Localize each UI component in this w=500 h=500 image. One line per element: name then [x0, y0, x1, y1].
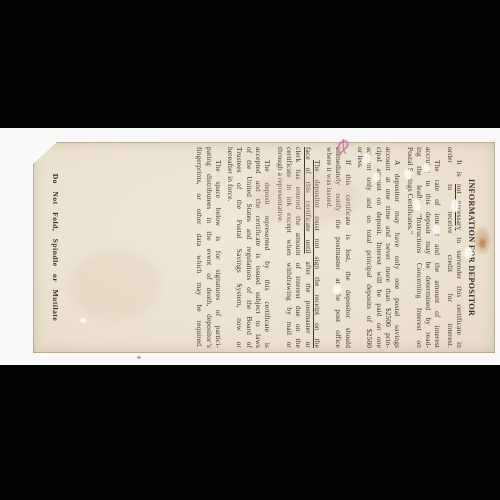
text-line: certificate in ink except when withdrawi… [285, 147, 294, 348]
text-line: pating distributees in the event of deat… [204, 147, 213, 348]
text-line: fingerprints, or other data which may be… [195, 147, 204, 348]
text-line: clerk has entered the amount of interest… [294, 147, 303, 348]
paragraph: A depositor may have only one postal sav… [356, 147, 402, 348]
letterbox-top [0, 0, 500, 128]
text-line: account only and on total principal depo… [365, 147, 374, 348]
paragraphs: It is not necessary to surrender this ce… [195, 147, 464, 348]
paragraph: The deposit represented by this certific… [226, 147, 272, 348]
text-line: face of this certificate until after the… [303, 147, 312, 348]
text-line: The deposit represented by this certific… [263, 147, 272, 348]
text-line: immediately notify the postmaster at the… [334, 147, 343, 348]
paragraph: The space below is for signatures of par… [195, 147, 223, 348]
text-line: The space below is for signatures of par… [214, 147, 223, 348]
text-line: ing the leaflet “Instructions Concerning… [415, 147, 424, 348]
text-line: If this certificate is lost, the deposit… [343, 147, 352, 348]
letterbox-bottom [0, 365, 500, 500]
text-line: The rate of interest and the amount of i… [433, 147, 442, 348]
text-line: Trustees of the Postal Savings System, n… [235, 147, 244, 348]
paragraph: It is not necessary to surrender this ce… [445, 147, 464, 348]
text-line: A depositor may have only one postal sav… [393, 147, 402, 348]
certificate-back: INFORMATION FOR DEPOSITOR It is not nece… [33, 142, 495, 353]
text-line: accruing to this deposit may be determin… [424, 147, 433, 348]
text-line: It is not necessary to surrender this ce… [455, 147, 464, 348]
dust-speck [137, 356, 141, 359]
text-line: where it was issued. [325, 147, 334, 348]
text-line: account at one time and never more than … [384, 147, 393, 348]
text-line: cipal amount on deposit. Interest will b… [374, 147, 383, 348]
text-line: of the United States and regulations of … [244, 147, 253, 348]
scan-photo: INFORMATION FOR DEPOSITOR It is not nece… [0, 0, 500, 500]
text-line: through a representative. [275, 147, 284, 348]
text-line: order to receive credit for interest. [445, 147, 454, 348]
paragraph: The rate of interest and the amount of i… [405, 147, 442, 348]
text-line: The depositor must not sign the receipt … [313, 147, 322, 348]
text-line: or less. [356, 147, 365, 348]
text-line: accepted and the certificate is issued s… [254, 147, 263, 348]
bottom-note: Do Not Fold, Spindle or Mutilate [51, 142, 60, 353]
certificate-text-block: INFORMATION FOR DEPOSITOR It is not nece… [33, 142, 495, 353]
page-title: INFORMATION FOR DEPOSITOR [467, 147, 476, 348]
text-line: hereafter in force. [226, 147, 235, 348]
text-line: Postal Savings Certificates.” [405, 147, 414, 348]
paragraph: The depositor must not sign the receipt … [275, 147, 321, 348]
paragraph: If this certificate is lost, the deposit… [325, 147, 353, 348]
